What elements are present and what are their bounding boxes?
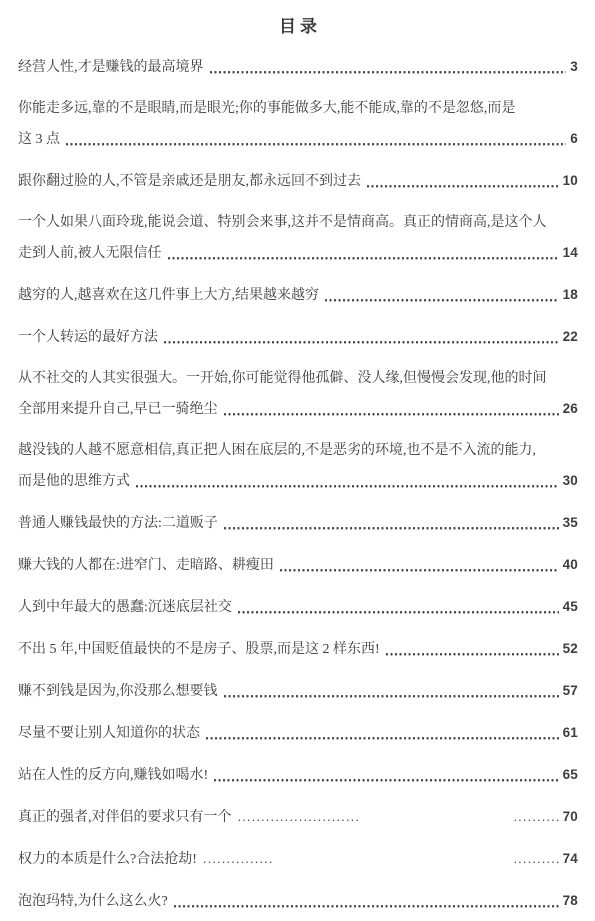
toc-entry-page-number: 78 — [561, 886, 578, 916]
toc-entry-page-number: 30 — [561, 466, 578, 496]
toc-entry-text: 而是他的思维方式 — [18, 467, 130, 497]
toc-entry[interactable]: 赚大钱的人都在:进窄门、走暗路、耕瘦田40 — [18, 550, 578, 581]
toc-list: 经营人性,才是赚钱的最高境界3你能走多远,靠的不是眼睛,而是眼光;你的事能做多大… — [18, 52, 578, 917]
toc-entry-last-line: 跟你翻过脸的人,不管是亲戚还是朋友,都永远回不到过去10 — [18, 166, 578, 197]
toc-entry-page-number: 35 — [561, 508, 578, 538]
dot-leader — [224, 676, 559, 707]
dot-leader — [367, 166, 559, 197]
toc-entry-text: 一个人如果八面玲珑,能说会道、特别会来事,这并不是情商高。真正的情商高,是这个人 — [18, 208, 578, 238]
dot-leader — [206, 718, 559, 749]
toc-entry-text: 跟你翻过脸的人,不管是亲戚还是朋友,都永远回不到过去 — [18, 167, 361, 197]
toc-entry-page-number: 14 — [561, 238, 578, 268]
dot-leader — [280, 550, 559, 581]
toc-entry[interactable]: 赚不到钱是因为,你没那么想要钱57 — [18, 676, 578, 707]
dot-leader — [210, 52, 567, 83]
toc-entry[interactable]: 越穷的人,越喜欢在这几件事上大方,结果越来越穷18 — [18, 280, 578, 311]
dot-leader — [214, 760, 558, 791]
toc-entry-text: 经营人性,才是赚钱的最高境界 — [18, 53, 204, 83]
toc-entry-text: 人到中年最大的愚蠢:沉迷底层社交 — [18, 593, 232, 623]
toc-entry-page-number: 18 — [561, 280, 578, 310]
toc-entry[interactable]: 权力的本质是什么?合法抢劫!.........................7… — [18, 844, 578, 875]
toc-entry[interactable]: 从不社交的人其实很强大。一开始,你可能觉得他孤僻、没人缘,但慢慢会发现,他的时间… — [18, 364, 578, 425]
toc-entry[interactable]: 站在人性的反方向,赚钱如喝水!65 — [18, 760, 578, 791]
toc-entry[interactable]: 一个人转运的最好方法22 — [18, 322, 578, 353]
dot-leader — [136, 466, 559, 497]
toc-entry-text: 不出 5 年,中国贬值最快的不是房子、股票,而是这 2 样东西! — [18, 635, 380, 665]
toc-entry[interactable]: 人到中年最大的愚蠢:沉迷底层社交45 — [18, 592, 578, 623]
toc-entry[interactable]: 真正的强者,对伴侣的要求只有一个........................… — [18, 802, 578, 833]
toc-entry-last-line: 真正的强者,对伴侣的要求只有一个........................… — [18, 802, 578, 833]
toc-entry[interactable]: 你能走多远,靠的不是眼睛,而是眼光;你的事能做多大,能不能成,靠的不是忽悠,而是… — [18, 94, 578, 155]
toc-entry-text: 真正的强者,对伴侣的要求只有一个 — [18, 803, 232, 833]
dot-leader — [386, 634, 559, 665]
toc-entry-last-line: 泡泡玛特,为什么这么火?78 — [18, 886, 578, 917]
toc-entry-page-number: 61 — [561, 718, 578, 748]
dot-leader-segment: .......... — [513, 802, 560, 832]
toc-entry-last-line: 一个人转运的最好方法22 — [18, 322, 578, 353]
toc-entry-text: 从不社交的人其实很强大。一开始,你可能觉得他孤僻、没人缘,但慢慢会发现,他的时间 — [18, 364, 578, 394]
dot-leader-segment: .......... — [513, 844, 560, 874]
toc-entry-text: 一个人转运的最好方法 — [18, 323, 158, 353]
toc-entry-last-line: 赚不到钱是因为,你没那么想要钱57 — [18, 676, 578, 707]
dot-leader — [174, 886, 559, 917]
toc-entry-page-number: 57 — [561, 676, 578, 706]
toc-entry-page-number: 10 — [561, 166, 578, 196]
toc-entry-page-number: 65 — [561, 760, 578, 790]
dot-leader — [168, 238, 559, 269]
toc-entry-page-number: 6 — [568, 124, 578, 154]
toc-entry-last-line: 站在人性的反方向,赚钱如喝水!65 — [18, 760, 578, 791]
toc-entry-text: 越穷的人,越喜欢在这几件事上大方,结果越来越穷 — [18, 281, 319, 311]
dot-leader — [164, 322, 559, 353]
toc-entry-text: 赚大钱的人都在:进窄门、走暗路、耕瘦田 — [18, 551, 274, 581]
toc-entry-last-line: 尽量不要让别人知道你的状态61 — [18, 718, 578, 749]
toc-entry-text: 走到人前,被人无限信任 — [18, 239, 162, 269]
toc-entry-last-line: 人到中年最大的愚蠢:沉迷底层社交45 — [18, 592, 578, 623]
dot-leader-segment: .......................... — [238, 802, 361, 832]
toc-entry-text: 普通人赚钱最快的方法:二道贩子 — [18, 509, 218, 539]
toc-entry-page-number: 70 — [561, 802, 578, 832]
toc-entry-last-line: 权力的本质是什么?合法抢劫!.........................7… — [18, 844, 578, 875]
toc-entry-last-line: 不出 5 年,中国贬值最快的不是房子、股票,而是这 2 样东西!52 — [18, 634, 578, 665]
toc-entry-last-line: 赚大钱的人都在:进窄门、走暗路、耕瘦田40 — [18, 550, 578, 581]
toc-entry[interactable]: 泡泡玛特,为什么这么火?78 — [18, 886, 578, 917]
toc-entry-page-number: 74 — [561, 844, 578, 874]
toc-entry[interactable]: 不出 5 年,中国贬值最快的不是房子、股票,而是这 2 样东西!52 — [18, 634, 578, 665]
dot-leader — [66, 124, 566, 155]
toc-entry-text: 站在人性的反方向,赚钱如喝水! — [18, 761, 208, 791]
toc-entry-text: 这 3 点 — [18, 125, 60, 155]
toc-entry-page-number: 3 — [568, 52, 578, 82]
toc-entry-text: 尽量不要让别人知道你的状态 — [18, 719, 200, 749]
toc-entry-text: 泡泡玛特,为什么这么火? — [18, 887, 168, 917]
page-title: 目录 — [18, 16, 578, 38]
toc-entry[interactable]: 普通人赚钱最快的方法:二道贩子35 — [18, 508, 578, 539]
dot-leader — [325, 280, 559, 311]
toc-entry-last-line: 走到人前,被人无限信任14 — [18, 238, 578, 269]
toc-entry-text: 越没钱的人越不愿意相信,真正把人困在底层的,不是恶劣的环境,也不是不入流的能力, — [18, 436, 578, 466]
dot-leader — [224, 508, 559, 539]
toc-entry-page-number: 52 — [561, 634, 578, 664]
toc-entry-last-line: 而是他的思维方式30 — [18, 466, 578, 497]
toc-entry-page-number: 45 — [561, 592, 578, 622]
toc-entry-last-line: 普通人赚钱最快的方法:二道贩子35 — [18, 508, 578, 539]
toc-entry-text: 赚不到钱是因为,你没那么想要钱 — [18, 677, 218, 707]
dot-leader — [224, 394, 559, 425]
toc-entry-last-line: 这 3 点6 — [18, 124, 578, 155]
toc-entry-text: 你能走多远,靠的不是眼睛,而是眼光;你的事能做多大,能不能成,靠的不是忽悠,而是 — [18, 94, 578, 124]
toc-entry-text: 权力的本质是什么?合法抢劫! — [18, 845, 197, 875]
toc-entry-page-number: 40 — [561, 550, 578, 580]
toc-entry-last-line: 越穷的人,越喜欢在这几件事上大方,结果越来越穷18 — [18, 280, 578, 311]
toc-entry-page-number: 22 — [561, 322, 578, 352]
toc-entry-page-number: 26 — [561, 394, 578, 424]
dot-leader-segment: ............... — [203, 844, 274, 874]
dot-leader — [238, 592, 559, 623]
toc-entry[interactable]: 越没钱的人越不愿意相信,真正把人困在底层的,不是恶劣的环境,也不是不入流的能力,… — [18, 436, 578, 497]
toc-entry[interactable]: 一个人如果八面玲珑,能说会道、特别会来事,这并不是情商高。真正的情商高,是这个人… — [18, 208, 578, 269]
toc-entry-text: 全部用来提升自己,早已一骑绝尘 — [18, 395, 218, 425]
toc-page: 目录 经营人性,才是赚钱的最高境界3你能走多远,靠的不是眼睛,而是眼光;你的事能… — [0, 0, 595, 921]
toc-entry-last-line: 全部用来提升自己,早已一骑绝尘26 — [18, 394, 578, 425]
toc-entry[interactable]: 跟你翻过脸的人,不管是亲戚还是朋友,都永远回不到过去10 — [18, 166, 578, 197]
toc-entry[interactable]: 经营人性,才是赚钱的最高境界3 — [18, 52, 578, 83]
toc-entry-last-line: 经营人性,才是赚钱的最高境界3 — [18, 52, 578, 83]
toc-entry[interactable]: 尽量不要让别人知道你的状态61 — [18, 718, 578, 749]
